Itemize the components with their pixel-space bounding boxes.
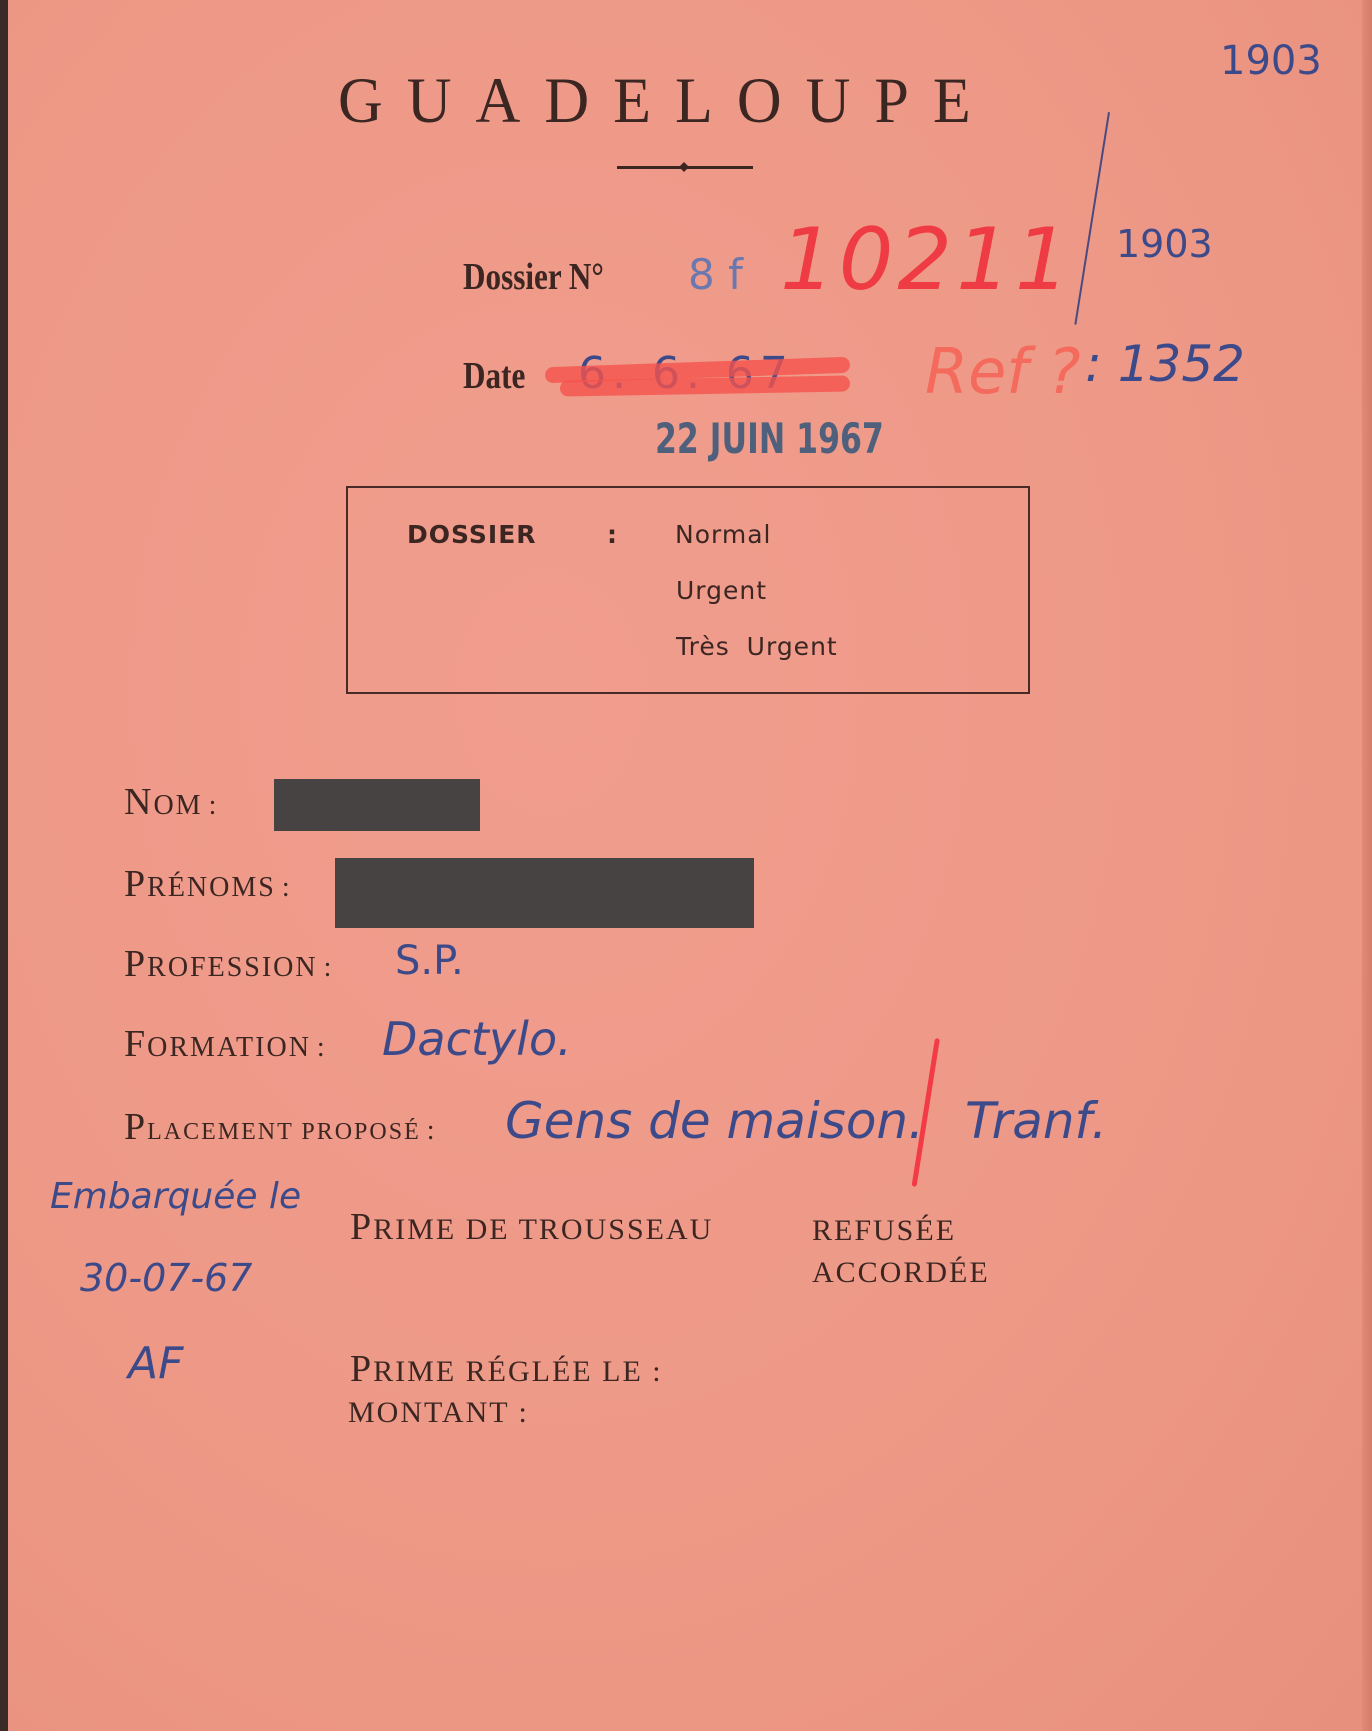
date-stamp: 22 JUIN 1967 [655, 414, 884, 463]
prime-reglee-label: PRIME RÉGLÉE LE : [350, 1347, 663, 1391]
dossier-number: 10211 [780, 210, 1074, 310]
prime-trousseau-label: PRIME DE TROUSSEAU [350, 1205, 713, 1249]
prime-option-accordee: ACCORDÉE [812, 1256, 990, 1290]
priority-option-normal: Normal [675, 520, 771, 549]
margin-note-embarquee: Embarquée le [50, 1176, 301, 1217]
top-right-note: 1903 [1220, 38, 1322, 84]
field-formation-value: Dactylo. [382, 1012, 572, 1066]
margin-note-date: 30-07-67 [80, 1256, 252, 1300]
document-title: GUADELOUPE [338, 64, 995, 139]
dossier-side-note: 1903 [1116, 222, 1213, 266]
nom-redaction [274, 779, 480, 831]
priority-option-urgent: Urgent [676, 576, 767, 605]
dossier-number-label: Dossier N° [463, 255, 604, 299]
field-prenoms-label: PRÉNOMS : [124, 862, 292, 906]
priority-option-tres-urgent: Très Urgent [676, 632, 838, 661]
ref-value: : 1352 [1085, 335, 1245, 393]
field-placement-label: PLACEMENT PROPOSÉ : [124, 1105, 437, 1149]
priority-box-colon: : [607, 520, 618, 549]
field-nom-label: NOM : [124, 780, 218, 824]
scan-edge-left [0, 0, 8, 1731]
dossier-prefix: 8 f [688, 250, 743, 299]
field-profession-label: PROFESSION : [124, 942, 333, 986]
field-formation-label: FORMATION : [124, 1022, 327, 1066]
date-label: Date [463, 354, 525, 398]
field-placement-extra: Tranf. [965, 1092, 1107, 1150]
montant-label: MONTANT : [348, 1396, 529, 1430]
prenoms-redaction [335, 858, 754, 928]
margin-note-initials: AF [128, 1338, 183, 1389]
field-placement-value: Gens de maison. [505, 1092, 924, 1150]
field-profession-value: S.P. [395, 938, 464, 984]
scan-edge-right [1362, 0, 1372, 1731]
prime-option-refusee: REFUSÉE [812, 1214, 956, 1248]
priority-box-label: DOSSIER [407, 520, 537, 549]
ref-label: Ref ? [925, 335, 1081, 408]
